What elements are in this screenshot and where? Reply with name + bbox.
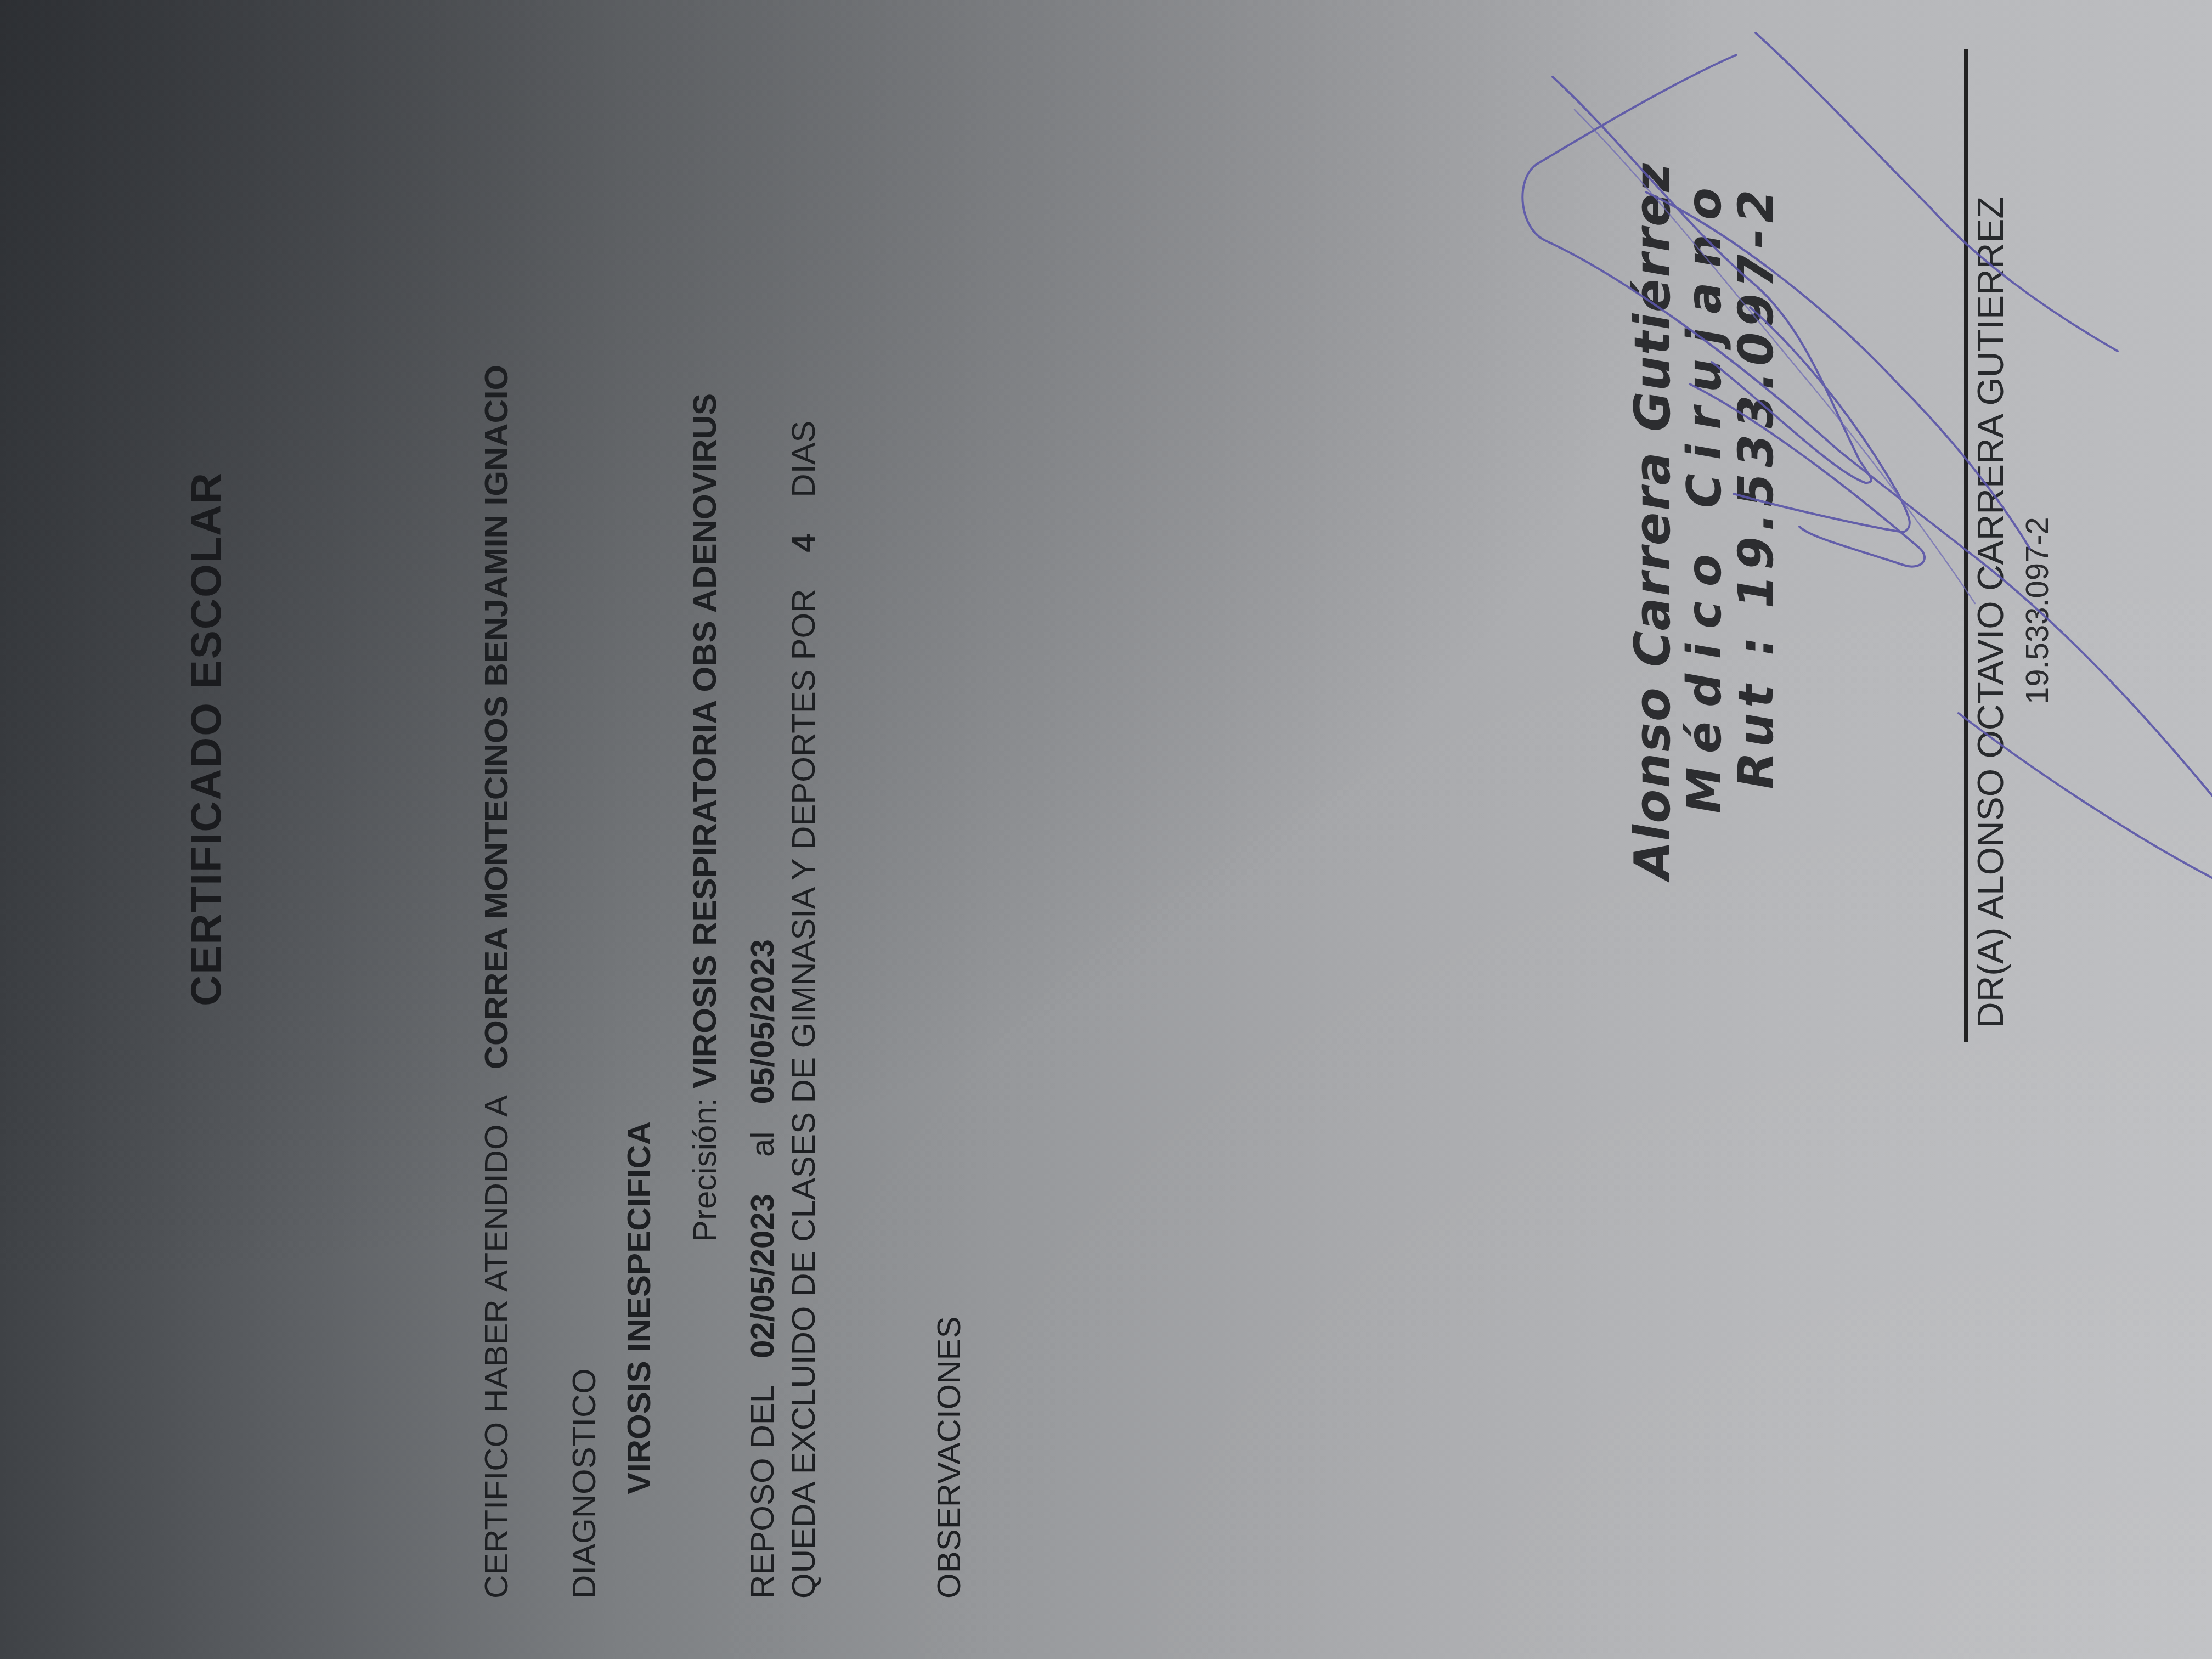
stamp-rut: Rut : 19.533.097-2 [1728, 157, 1784, 794]
doctor-stamp: Alonso Carrera Gutiérrez Médico Cirujano… [1624, 162, 1784, 880]
reposo-from-date: 02/05/2023 [744, 1194, 781, 1358]
precision-value: VIROSIS RESPIRATORIA OBS ADENOVIRUS [686, 393, 723, 1088]
certifico-prefix: CERTIFICO HABER ATENDIDO A [478, 1097, 515, 1599]
reposo-line: REPOSO DEL 02/05/2023 al 05/05/2023 [743, 939, 781, 1599]
exclusion-days: 4 [785, 534, 822, 552]
stamp-name: Alonso Carrera Gutiérrez [1624, 157, 1681, 885]
certificate-paper: CERTIFICADO ESCOLAR CERTIFICO HABER ATEN… [0, 0, 2212, 1659]
exclusion-suffix: DIAS [785, 421, 822, 498]
precision-line: Precisión: VIROSIS RESPIRATORIA OBS ADEN… [686, 393, 724, 1242]
reposo-connector: al [744, 1131, 781, 1157]
precision-label: Precisión: [686, 1098, 723, 1242]
certifico-line: CERTIFICO HABER ATENDIDO A CORREA MONTEC… [477, 365, 515, 1599]
reposo-prefix: REPOSO DEL [744, 1386, 781, 1599]
exclusion-prefix: QUEDA EXCLUIDO DE CLASES DE GIMNASIA Y D… [785, 589, 822, 1599]
exclusion-line: QUEDA EXCLUIDO DE CLASES DE GIMNASIA Y D… [785, 421, 822, 1599]
patient-name: CORREA MONTECINOS BENJAMIN IGNACIO [478, 365, 515, 1070]
doctor-name: DR(A) ALONSO OCTAVIO CARRERA GUTIERREZ [1970, 196, 2011, 1028]
diagnostico-label: DIAGNOSTICO [565, 1368, 603, 1599]
diagnostico-value: VIROSIS INESPECIFICA [620, 1121, 658, 1494]
observaciones-label: OBSERVACIONES [930, 1316, 968, 1599]
reposo-to-date: 05/05/2023 [744, 939, 781, 1104]
signature-line [1964, 49, 1968, 1042]
doctor-rut: 19.533.097-2 [2019, 517, 2056, 704]
document-title: CERTIFICADO ESCOLAR [181, 472, 231, 1006]
stamp-profession: Médico Cirujano [1677, 157, 1732, 819]
